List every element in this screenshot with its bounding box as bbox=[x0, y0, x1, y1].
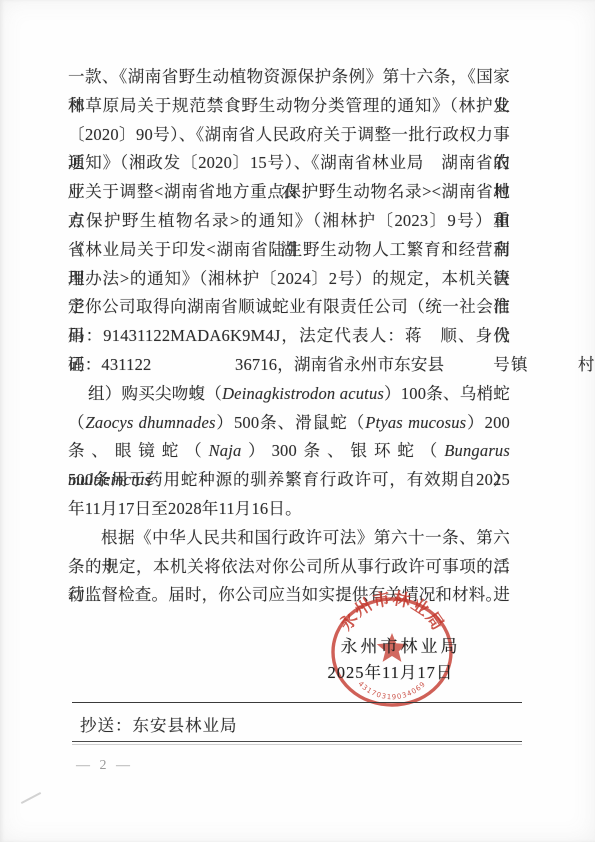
text-line: 年11月17日至2028年11月16日。 bbox=[68, 495, 510, 524]
page-number: — 2 — bbox=[76, 758, 133, 774]
text-segment: （ bbox=[68, 413, 86, 432]
text-line: 通知》（湘政发〔2020〕15号）、《湖南省林业局 湖南省农业农村 bbox=[68, 149, 510, 178]
text-segment: 条、眼镜蛇（ bbox=[68, 441, 209, 460]
scientific-name: Ptyas mucosus bbox=[365, 413, 466, 432]
text-segment: ）200 bbox=[466, 413, 510, 432]
footer-separator-ghost bbox=[72, 744, 522, 745]
text-line: 条、眼镜蛇（Naja）300条、银环蛇（Bungarus multicinctu… bbox=[68, 437, 510, 466]
issue-date: 2025年11月17日 bbox=[308, 659, 473, 683]
text-line: 理办法>的通知》（湘林护〔2024〕2号）的规定，本机关决定准 bbox=[68, 265, 510, 294]
issuer-signature: 永州市林业局 bbox=[318, 632, 483, 657]
document-page: 一款、《湖南省野生动植物资源保护条例》第十六条，《国家林业和草原局关于规范禁食野… bbox=[0, 0, 595, 842]
text-segment: 500条用于药用蛇种源的驯养繁育行政许可，有效期自2025 bbox=[68, 470, 510, 489]
scientific-name: Naja bbox=[209, 441, 242, 460]
text-line: 组）购买尖吻蝮（Deinagkistrodon acutus）100条、乌梢蛇 bbox=[68, 380, 510, 409]
text-segment: ）300条、银环蛇（ bbox=[241, 441, 444, 460]
text-line: 500条用于药用蛇种源的驯养繁育行政许可，有效期自2025 bbox=[68, 466, 510, 495]
seal-code: 43170319034069 bbox=[356, 680, 427, 701]
text-segment: 组）购买尖吻蝮（ bbox=[88, 384, 222, 403]
text-line: 予你公司取得向湖南省顺诚蛇业有限责任公司（统一社会信用代 bbox=[68, 293, 510, 322]
footer-separator-top bbox=[72, 702, 522, 703]
text-line: 一款、《湖南省野生动植物资源保护条例》第十六条，《国家林业 bbox=[68, 63, 510, 92]
scan-artifact bbox=[21, 792, 41, 804]
scientific-name: Deinagkistrodon acutus bbox=[222, 384, 384, 403]
text-line: 〔2020〕90号）、《湖南省人民政府关于调整一批行政权力事项的 bbox=[68, 121, 510, 150]
text-segment: ）100条、乌梢蛇 bbox=[384, 384, 510, 403]
cc-line: 抄送：东安县林业局 bbox=[80, 712, 238, 736]
scientific-name: Zaocys dhumnades bbox=[86, 413, 216, 432]
footer-separator-bottom bbox=[72, 741, 522, 742]
text-segment: ）500条、滑鼠蛇（ bbox=[216, 413, 366, 432]
text-line: 码：91431122MADA6K9M4J，法定代表人：蒋 顺、身份证号 bbox=[68, 322, 510, 351]
text-segment: 和草原局关于规范禁食野生动物分类管理的通知》（林护发 bbox=[68, 96, 510, 115]
text-segment: 码：431122 36716，湖南省永州市东安县 镇 村 bbox=[68, 355, 595, 374]
text-line: 省林业局关于印发<湖南省陆生野生动物人工繁育和经营利用管 bbox=[68, 236, 510, 265]
text-line: 厅关于调整<湖南省地方重点保护野生动物名录><湖南省地方重 bbox=[68, 178, 510, 207]
text-segment: 年11月17日至2028年11月16日。 bbox=[68, 499, 302, 518]
text-line: 根据《中华人民共和国行政许可法》第六十一条、第六十二 bbox=[68, 524, 510, 553]
body-text: 一款、《湖南省野生动植物资源保护条例》第十六条，《国家林业和草原局关于规范禁食野… bbox=[68, 63, 510, 610]
text-line: （Zaocys dhumnades）500条、滑鼠蛇（Ptyas mucosus… bbox=[68, 409, 510, 438]
text-line: 和草原局关于规范禁食野生动物分类管理的通知》（林护发 bbox=[68, 92, 510, 121]
text-line: 码：431122 36716，湖南省永州市东安县 镇 村 bbox=[68, 351, 510, 380]
text-line: 点保护野生植物名录>的通知》（湘林护〔2023〕9号）和《湖南 bbox=[68, 207, 510, 236]
